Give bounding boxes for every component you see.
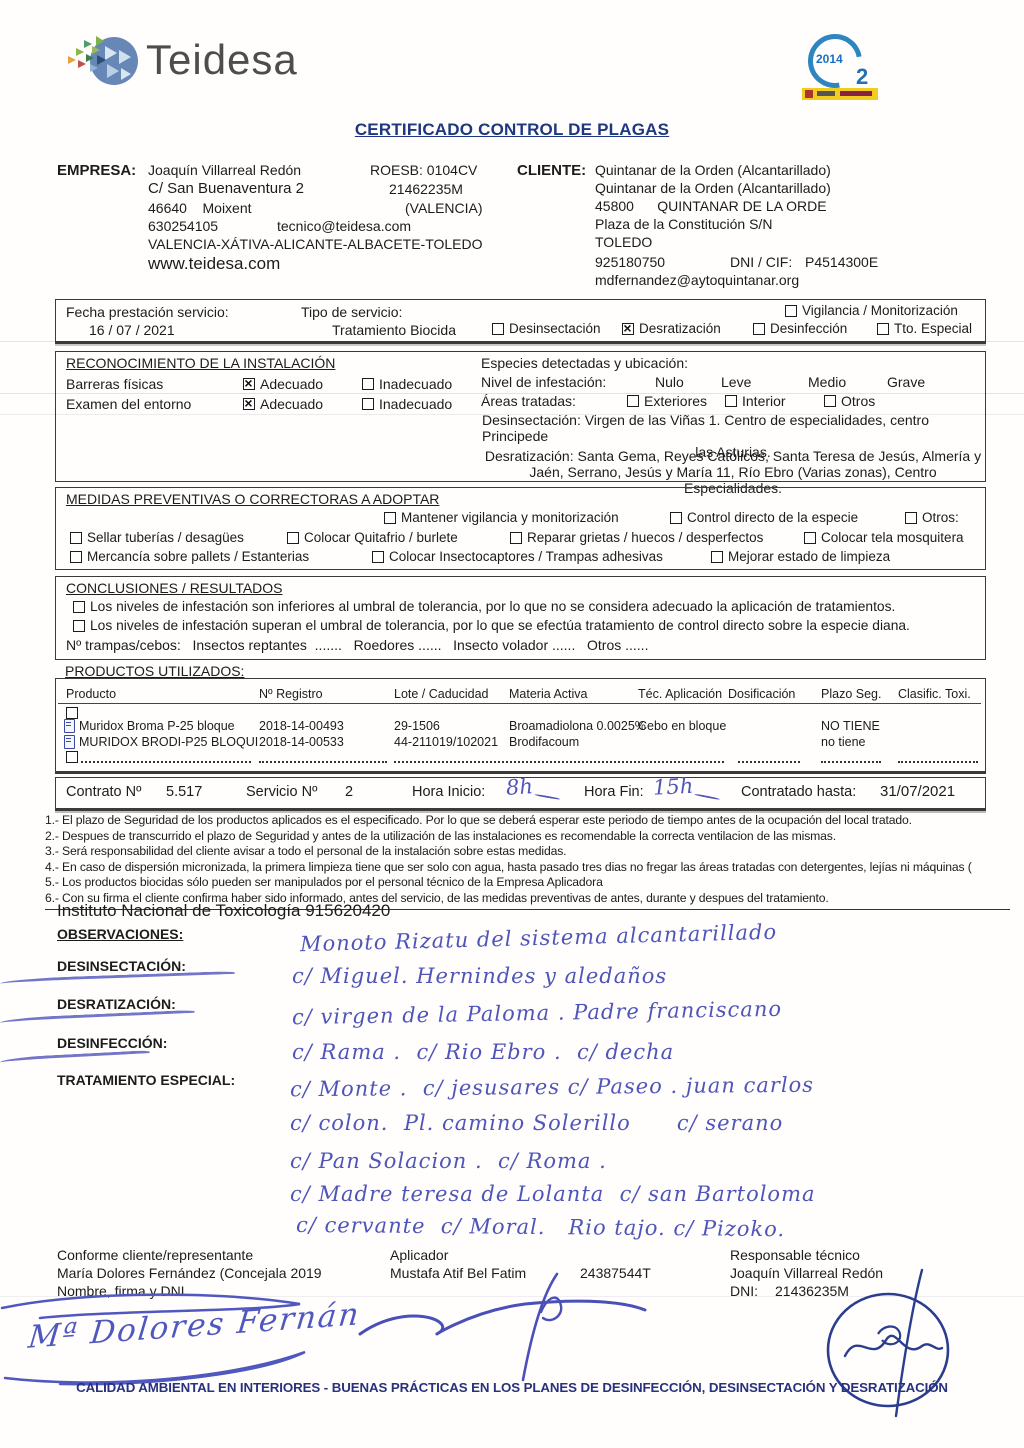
checkbox-label: Otros bbox=[841, 393, 875, 409]
badge-banner bbox=[802, 88, 878, 100]
contrato-label: Contrato Nº bbox=[66, 784, 141, 800]
productos-col-header: Producto bbox=[66, 687, 116, 701]
checkbox-icon bbox=[753, 323, 765, 335]
cliente-provincia: TOLEDO bbox=[595, 234, 652, 250]
aplicador-titulo: Aplicador bbox=[390, 1247, 448, 1263]
empresa-web: www.teidesa.com bbox=[148, 254, 280, 274]
dotted-blank-line bbox=[394, 761, 724, 763]
certificate-page: Teidesa 2014 2 CERTIFICADO CONTROL DE PL… bbox=[0, 0, 1024, 1448]
checkbox-option: Reparar grietas / huecos / desperfectos bbox=[510, 530, 763, 545]
checkbox-option: Exteriores bbox=[627, 393, 707, 409]
checkbox-option: Interior bbox=[725, 393, 786, 409]
checkbox-label: Reparar grietas / huecos / desperfectos bbox=[527, 530, 763, 545]
checkbox-option: Otros bbox=[824, 393, 875, 409]
contrato-numero: 5.517 bbox=[166, 784, 202, 800]
productos-col-header: Dosificación bbox=[728, 687, 795, 701]
checkbox-option: Desinfección bbox=[753, 321, 847, 336]
responsable-dni-label: DNI: bbox=[730, 1283, 758, 1299]
dotted-blank-line bbox=[821, 761, 881, 763]
checkbox-label: Mercancía sobre pallets / Estanterias bbox=[87, 549, 309, 564]
observaciones-title: OBSERVACIONES: bbox=[57, 926, 183, 942]
producto-producto: Muridox Broma P-25 bloque bbox=[79, 719, 235, 733]
dotted-blank-line bbox=[738, 761, 800, 763]
producto-plazo: NO TIENE bbox=[821, 719, 880, 733]
checkbox-icon bbox=[785, 305, 797, 317]
checkbox-option: Inadecuado bbox=[362, 376, 452, 392]
checkbox-option: Los niveles de infestación superan el um… bbox=[73, 618, 910, 633]
reconocimiento-box: RECONOCIMIENTO DE LA INSTALACIÓN Barrera… bbox=[55, 351, 986, 482]
checkbox-label: Colocar tela mosquitera bbox=[821, 530, 964, 545]
productos-box: ProductoNº RegistroLote / CaducidadMater… bbox=[55, 678, 986, 774]
desratizacion-ubicacion-l1: Desratización: Santa Gema, Reyes Católic… bbox=[485, 448, 981, 464]
checkbox-icon bbox=[824, 395, 836, 407]
producto-registro: 2018-14-00493 bbox=[259, 719, 344, 733]
checkbox-icon bbox=[73, 620, 85, 632]
producto-materia: Brodifacoum bbox=[509, 735, 579, 749]
medidas-title: MEDIDAS PREVENTIVAS O CORRECTORAS A ADOP… bbox=[66, 491, 439, 507]
checkbox-label: Colocar Insectocaptores / Trampas adhesi… bbox=[389, 549, 663, 564]
checkbox-icon bbox=[877, 323, 889, 335]
checkbox-option: Colocar Insectocaptores / Trampas adhesi… bbox=[372, 549, 663, 564]
hora-inicio-handwritten: 8h bbox=[505, 772, 561, 800]
checkbox-option: Tto. Especial bbox=[877, 321, 972, 336]
tipo-servicio-label: Tipo de servicio: bbox=[301, 304, 402, 320]
checkbox-icon bbox=[711, 551, 723, 563]
opcion-vigilancia: Vigilancia / Monitorización bbox=[785, 303, 958, 318]
cliente-cp-ciudad: 45800 QUINTANAR DE LA ORDE bbox=[595, 198, 827, 214]
checkbox-option: Adecuado bbox=[243, 376, 323, 392]
handwriting-line: Monoto Rizatu del sistema alcantarillado bbox=[300, 920, 778, 956]
checkbox-option: Colocar tela mosquitera bbox=[804, 530, 964, 545]
producto-producto: MURIDOX BRODI-P25 BLOQUI bbox=[79, 735, 258, 749]
checkbox-label: Mejorar estado de limpieza bbox=[728, 549, 890, 564]
checkbox-label: Inadecuado bbox=[379, 396, 452, 412]
empresa-cp-ciudad: 46640 Moixent bbox=[148, 200, 252, 216]
contratado-hasta-label: Contratado hasta: bbox=[741, 784, 856, 800]
pen-tail bbox=[534, 794, 560, 800]
checkbox-option: Los niveles de infestación son inferiore… bbox=[73, 599, 895, 614]
handwriting-line: c/ Pan Solacion . c/ Roma . bbox=[290, 1149, 607, 1173]
dotted-blank-line bbox=[259, 761, 387, 763]
checkbox-checked-icon bbox=[243, 378, 255, 390]
nivel-valor: Nulo bbox=[655, 374, 684, 390]
producto-lote: 29-1506 bbox=[394, 719, 440, 733]
cliente-dni-label: DNI / CIF: bbox=[730, 254, 792, 270]
pen-stroke bbox=[0, 1050, 150, 1066]
nivel-valor: Leve bbox=[721, 374, 751, 390]
checkbox-label: Tto. Especial bbox=[894, 321, 972, 336]
servicio-box: Fecha prestación servicio: 16 / 07 / 202… bbox=[55, 299, 986, 344]
pen-stroke bbox=[0, 1010, 195, 1026]
nota-line: 4.- En caso de dispersión micronizada, l… bbox=[45, 860, 1010, 876]
checkbox-option: Mantener vigilancia y monitorización bbox=[384, 510, 619, 525]
checkbox-label: Desinfección bbox=[770, 321, 847, 336]
checkbox-option: Desratización bbox=[622, 321, 721, 336]
productos-col-header: Plazo Seg. bbox=[821, 687, 881, 701]
handwriting-line: c/ Monte . c/ jesusares c/ Paseo . juan … bbox=[290, 1073, 814, 1102]
producto-lote: 44-211019/102021 bbox=[394, 735, 498, 749]
areas-tratadas-label: Áreas tratadas: bbox=[481, 393, 576, 409]
checkbox-icon bbox=[510, 532, 522, 544]
checkbox-label: Los niveles de infestación son inferiore… bbox=[90, 599, 895, 614]
instituto-toxicologia: Instituto Nacional de Toxicología 915620… bbox=[57, 901, 390, 921]
cliente-telefono: 925180750 bbox=[595, 254, 665, 270]
teidesa-logo-text: Teidesa bbox=[146, 36, 298, 84]
cliente-nombre: Quintanar de la Orden (Alcantarillado) bbox=[595, 162, 831, 178]
cliente-nombre2: Quintanar de la Orden (Alcantarillado) bbox=[595, 180, 831, 196]
checkbox-option: Inadecuado bbox=[362, 396, 452, 412]
checkbox-icon bbox=[70, 532, 82, 544]
cliente-signature-flourish bbox=[0, 1290, 320, 1390]
nota-line: 3.- Será responsabilidad del cliente avi… bbox=[45, 844, 1010, 860]
reconocimiento-item-label: Barreras físicas bbox=[66, 376, 163, 392]
productos-col-header: Clasific. Toxi. bbox=[898, 687, 971, 701]
checkbox-option: Control directo de la especie bbox=[670, 510, 858, 525]
conclusiones-box: CONCLUSIONES / RESULTADOS Los niveles de… bbox=[55, 576, 986, 660]
conforme-cliente-nombre: María Dolores Fernández (Concejala 2019 bbox=[57, 1265, 322, 1281]
dotted-blank-line bbox=[81, 761, 251, 763]
reconocimiento-item-label: Examen del entorno bbox=[66, 396, 191, 412]
producto-tec: Cebo en bloque bbox=[638, 719, 726, 733]
empresa-nif: 21462235M bbox=[389, 181, 463, 197]
badge-number: 2 bbox=[856, 64, 868, 90]
empresa-direccion: C/ San Buenaventura 2 bbox=[148, 180, 304, 197]
responsable-signature bbox=[800, 1268, 980, 1418]
checkbox-label: Mantener vigilancia y monitorización bbox=[401, 510, 619, 525]
document-title: CERTIFICADO CONTROL DE PLAGAS bbox=[0, 120, 1024, 140]
productos-title: PRODUCTOS UTILIZADOS: bbox=[65, 663, 244, 679]
checkbox-option: Otros: bbox=[905, 510, 959, 525]
footer-slogan: CALIDAD AMBIENTAL EN INTERIORES - BUENAS… bbox=[0, 1380, 1024, 1395]
checkbox-icon bbox=[905, 512, 917, 524]
aplicador-signature bbox=[345, 1272, 655, 1382]
notas-legales: 1.- El plazo de Seguridad de los product… bbox=[45, 813, 1010, 910]
productos-col-header: Nº Registro bbox=[259, 687, 323, 701]
label-tratamiento-especial: TRATAMIENTO ESPECIAL: bbox=[57, 1072, 235, 1088]
nivel-infestacion-label: Nivel de infestación: bbox=[481, 374, 606, 390]
checkbox-label: Inadecuado bbox=[379, 376, 452, 392]
checkbox-checked-icon bbox=[622, 323, 634, 335]
cliente-email: mdfernandez@aytoquintanar.org bbox=[595, 272, 799, 288]
checkbox-icon bbox=[492, 323, 504, 335]
checkbox-label: Desinsectación bbox=[509, 321, 601, 336]
checkbox-icon bbox=[804, 532, 816, 544]
hora-inicio-label: Hora Inicio: bbox=[412, 784, 485, 800]
trampas-cebos-line: Nº trampas/cebos: Insectos reptantes ...… bbox=[66, 637, 648, 653]
teidesa-logo-icon bbox=[66, 28, 140, 92]
checkbox-label: Sellar tuberías / desagües bbox=[87, 530, 244, 545]
fecha-valor: 16 / 07 / 2021 bbox=[89, 322, 175, 338]
checkbox-option: Desinsectación bbox=[492, 321, 601, 336]
checkbox-icon bbox=[384, 512, 396, 524]
checkbox-icon bbox=[670, 512, 682, 524]
checkbox-label: Colocar Quitafrio / burlete bbox=[304, 530, 458, 545]
nivel-valor: Grave bbox=[887, 374, 925, 390]
dotted-blank-line bbox=[898, 761, 978, 763]
opcion-vigilancia-label: Vigilancia / Monitorización bbox=[802, 303, 958, 318]
label-desinfeccion: DESINFECCIÓN: bbox=[57, 1035, 167, 1051]
desinsectacion-ubicacion-l1: Desinsectación: Virgen de las Viñas 1. C… bbox=[482, 412, 929, 444]
nota-line: 1.- El plazo de Seguridad de los product… bbox=[45, 813, 1010, 829]
especies-title: Especies detectadas y ubicación: bbox=[481, 355, 688, 371]
fecha-label: Fecha prestación servicio: bbox=[66, 304, 229, 320]
hora-fin-label: Hora Fin: bbox=[584, 784, 644, 800]
checkbox-checked-icon bbox=[243, 398, 255, 410]
empresa-nombre: Joaquín Villarreal Redón bbox=[148, 162, 301, 178]
medidas-box: MEDIDAS PREVENTIVAS O CORRECTORAS A ADOP… bbox=[55, 487, 986, 570]
certification-badge-icon: 2014 2 bbox=[800, 34, 900, 100]
contrato-box: Contrato Nº 5.517 Servicio Nº 2 Hora Ini… bbox=[55, 777, 986, 811]
producto-registro: 2018-14-00533 bbox=[259, 735, 344, 749]
empresa-zonas: VALENCIA-XÁTIVA-ALICANTE-ALBACETE-TOLEDO bbox=[148, 236, 483, 252]
checkbox-icon bbox=[372, 551, 384, 563]
checkbox-option: Colocar Quitafrio / burlete bbox=[287, 530, 458, 545]
label-desinsectacion: DESINSECTACIÓN: bbox=[57, 958, 186, 974]
handwriting-line: c/ Rama . c/ Rio Ebro . c/ decha bbox=[292, 1040, 674, 1064]
checkbox-label: Adecuado bbox=[260, 396, 323, 412]
checkbox-label: Interior bbox=[742, 393, 786, 409]
cliente-label: CLIENTE: bbox=[517, 162, 586, 179]
pen-tail bbox=[694, 793, 720, 800]
reconocimiento-title: RECONOCIMIENTO DE LA INSTALACIÓN bbox=[66, 355, 335, 371]
checkbox-option: Mercancía sobre pallets / Estanterias bbox=[70, 549, 309, 564]
conclusiones-title: CONCLUSIONES / RESULTADOS bbox=[66, 580, 283, 596]
handwriting-line: c/ virgen de la Paloma . Padre francisca… bbox=[292, 997, 782, 1030]
checkbox-option: Adecuado bbox=[243, 396, 323, 412]
tratamiento-biocida-label: Tratamiento Biocida bbox=[332, 322, 456, 338]
checkbox-icon bbox=[362, 398, 374, 410]
checkbox-icon bbox=[66, 707, 78, 719]
handwriting-line: c/ Madre teresa de Lolanta c/ san Bartol… bbox=[290, 1182, 816, 1206]
checkbox-icon bbox=[73, 601, 85, 613]
conforme-cliente-titulo: Conforme cliente/representante bbox=[57, 1247, 253, 1263]
empresa-label: EMPRESA: bbox=[57, 162, 136, 179]
checkbox-label: Control directo de la especie bbox=[687, 510, 858, 525]
empresa-telefono: 630254105 bbox=[148, 218, 218, 234]
contratado-hasta-fecha: 31/07/2021 bbox=[880, 783, 955, 800]
nota-line: 2.- Despues de transcurrido el plazo de … bbox=[45, 829, 1010, 845]
productos-col-header: Lote / Caducidad bbox=[394, 687, 489, 701]
checkbox-label: Exteriores bbox=[644, 393, 707, 409]
servicio-numero: 2 bbox=[345, 784, 353, 800]
cliente-direccion: Plaza de la Constitución S/N bbox=[595, 216, 772, 232]
handwriting-line: c/ cervante c/ Moral. Rio tajo. c/ Pizok… bbox=[296, 1213, 785, 1241]
nota-line: 5.- Los productos biocidas sólo pueden s… bbox=[45, 875, 1010, 891]
nivel-valor: Medio bbox=[808, 374, 846, 390]
cliente-dni: P4514300E bbox=[805, 254, 878, 270]
responsable-titulo: Responsable técnico bbox=[730, 1247, 860, 1263]
servicio-num-label: Servicio Nº bbox=[246, 784, 317, 800]
checkbox-option: Mejorar estado de limpieza bbox=[711, 549, 890, 564]
productos-col-header: Téc. Aplicación bbox=[638, 687, 722, 701]
producto-doc-icon bbox=[64, 719, 75, 733]
label-desratizacion: DESRATIZACIÓN: bbox=[57, 996, 176, 1012]
checkbox-label: Otros: bbox=[922, 510, 959, 525]
producto-plazo: no tiene bbox=[821, 735, 865, 749]
empresa-roesb: ROESB: 0104CV bbox=[370, 162, 477, 178]
empresa-email: tecnico@teidesa.com bbox=[277, 218, 411, 234]
checkbox-label: Desratización bbox=[639, 321, 721, 336]
handwriting-line: c/ colon. Pl. camino Solerillo c/ serano bbox=[290, 1111, 783, 1135]
badge-year: 2014 bbox=[816, 52, 843, 66]
checkbox-icon bbox=[627, 395, 639, 407]
checkbox-icon bbox=[287, 532, 299, 544]
checkbox-icon bbox=[66, 751, 78, 763]
handwriting-line: c/ Miguel. Hernindes y aledaños bbox=[292, 964, 667, 988]
checkbox-icon bbox=[362, 378, 374, 390]
checkbox-icon bbox=[725, 395, 737, 407]
checkbox-option: Sellar tuberías / desagües bbox=[70, 530, 244, 545]
checkbox-label: Adecuado bbox=[260, 376, 323, 392]
productos-col-header: Materia Activa bbox=[509, 687, 588, 701]
checkbox-icon bbox=[70, 551, 82, 563]
producto-materia: Broamadiolona 0.0025% bbox=[509, 719, 646, 733]
productos-header-rule bbox=[58, 703, 981, 704]
empresa-provincia: (VALENCIA) bbox=[405, 200, 483, 216]
checkbox-label: Los niveles de infestación superan el um… bbox=[90, 618, 910, 633]
hora-fin-handwritten: 15h bbox=[652, 772, 721, 800]
producto-doc-icon bbox=[64, 735, 75, 749]
